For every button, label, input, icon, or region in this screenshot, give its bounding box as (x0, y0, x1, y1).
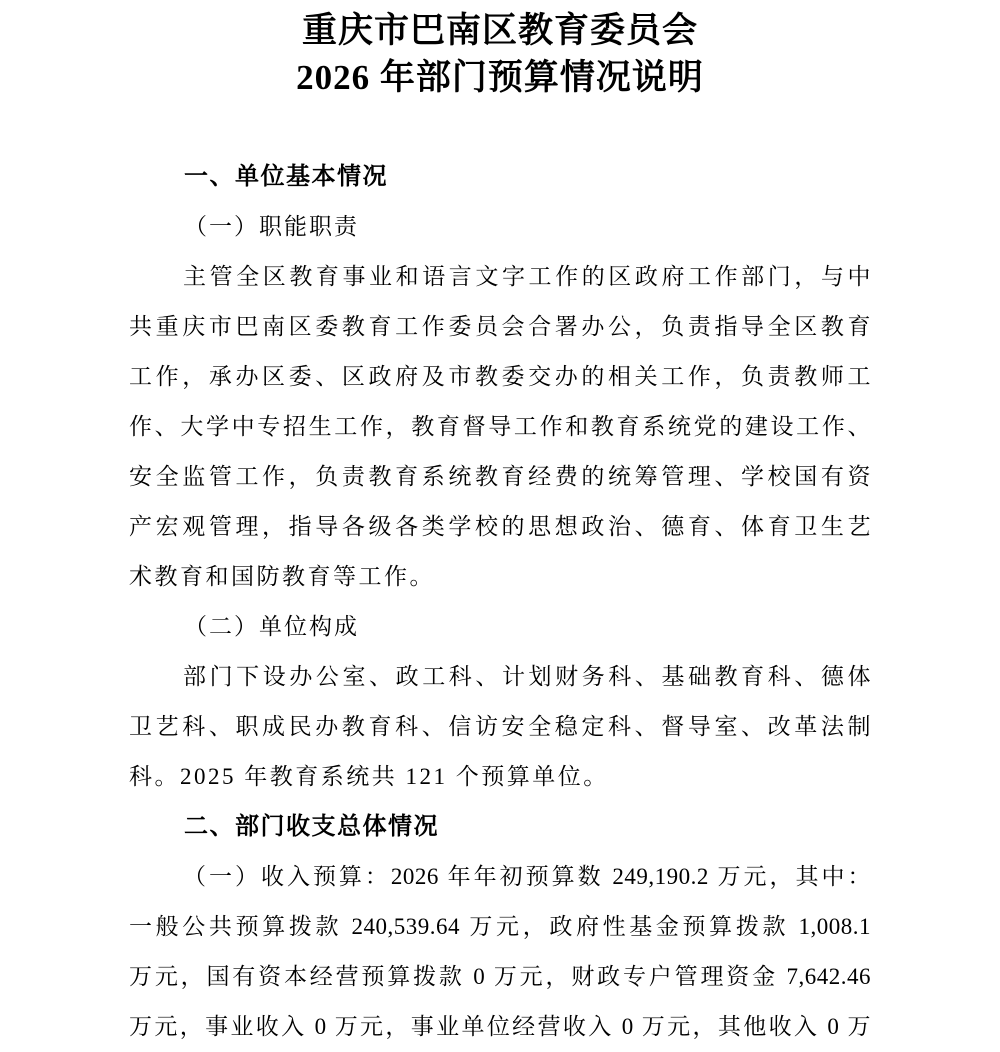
title-line-1: 重庆市巴南区教育委员会 (0, 7, 1000, 54)
paragraph-duties: 主管全区教育事业和语言文字工作的区政府工作部门，与中 共重庆市巴南区委教育工作委… (129, 252, 871, 602)
text-line: 安全监管工作，负责教育系统教育经费的统筹管理、学校国有资 (129, 452, 871, 502)
section-heading-basic-info: 一、单位基本情况 (129, 152, 871, 202)
text-line: 万元，国有资本经营预算拨款 0 万元，财政专户管理资金 7,642.46 (129, 952, 871, 1002)
document-body: 一、单位基本情况 （一）职能职责 主管全区教育事业和语言文字工作的区政府工作部门… (129, 152, 871, 1052)
text-line: （一）收入预算：2026 年年初预算数 249,190.2 万元，其中： (129, 852, 871, 902)
text-line: 作、大学中专招生工作，教育督导工作和教育系统党的建设工作、 (129, 402, 871, 452)
document-page: 重庆市巴南区教育委员会 2026 年部门预算情况说明 一、单位基本情况 （一）职… (0, 0, 1000, 1052)
text-line: 部门下设办公室、政工科、计划财务科、基础教育科、德体 (129, 652, 871, 702)
text-line: 万元，事业收入 0 万元，事业单位经营收入 0 万元，其他收入 0 万 (129, 1002, 871, 1052)
section-heading-budget-overview: 二、部门收支总体情况 (129, 802, 871, 852)
paragraph-composition: 部门下设办公室、政工科、计划财务科、基础教育科、德体 卫艺科、职成民办教育科、信… (129, 652, 871, 802)
subsection-heading-duties: （一）职能职责 (129, 202, 871, 252)
text-line: 卫艺科、职成民办教育科、信访安全稳定科、督导室、改革法制 (129, 702, 871, 752)
text-line: 主管全区教育事业和语言文字工作的区政府工作部门，与中 (129, 252, 871, 302)
text-line: 工作，承办区委、区政府及市教委交办的相关工作，负责教师工 (129, 352, 871, 402)
text-line: 科。2025 年教育系统共 121 个预算单位。 (129, 752, 871, 802)
title-line-2: 2026 年部门预算情况说明 (0, 54, 1000, 101)
document-title: 重庆市巴南区教育委员会 2026 年部门预算情况说明 (0, 0, 1000, 101)
subsection-heading-composition: （二）单位构成 (129, 602, 871, 652)
text-line: 一般公共预算拨款 240,539.64 万元，政府性基金预算拨款 1,008.1 (129, 902, 871, 952)
text-line: 术教育和国防教育等工作。 (129, 552, 871, 602)
paragraph-income-budget: （一）收入预算：2026 年年初预算数 249,190.2 万元，其中： 一般公… (129, 852, 871, 1052)
text-line: 产宏观管理，指导各级各类学校的思想政治、德育、体育卫生艺 (129, 502, 871, 552)
text-line: 共重庆市巴南区委教育工作委员会合署办公，负责指导全区教育 (129, 302, 871, 352)
